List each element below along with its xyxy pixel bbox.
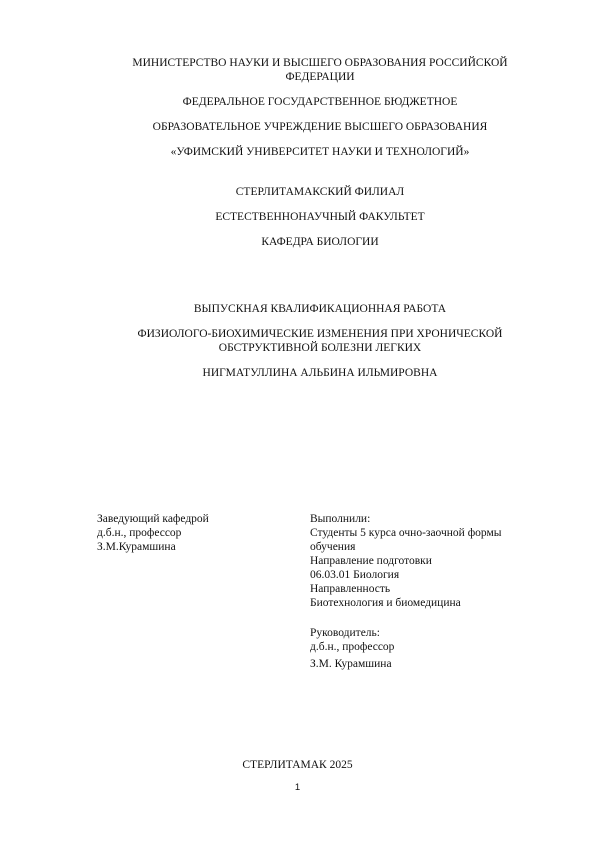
performed-by-label: Выполнили:	[310, 512, 560, 526]
branch-name: СТЕРЛИТАМАКСКИЙ ФИЛИАЛ	[90, 185, 550, 199]
ministry-line-2: ФЕДЕРАЦИИ	[90, 70, 550, 84]
performer-block: Выполнили: Студенты 5 курса очно-заочной…	[310, 512, 560, 671]
document-page: МИНИСТЕРСТВО НАУКИ И ВЫСШЕГО ОБРАЗОВАНИЯ…	[0, 0, 595, 841]
header-organization: МИНИСТЕРСТВО НАУКИ И ВЫСШЕГО ОБРАЗОВАНИЯ…	[90, 56, 550, 159]
supervisor-degree: д.б.н., профессор	[310, 640, 560, 654]
institution-line-1: ФЕДЕРАЛЬНОЕ ГОСУДАРСТВЕННОЕ БЮДЖЕТНОЕ	[90, 95, 550, 109]
direction-value: 06.03.01 Биология	[310, 568, 560, 582]
students-line-1: Студенты 5 курса очно-заочной формы	[310, 526, 560, 540]
department-name: КАФЕДРА БИОЛОГИИ	[90, 235, 550, 249]
work-author: НИГМАТУЛЛИНА АЛЬБИНА ИЛЬМИРОВНА	[90, 366, 550, 380]
head-of-department-degree: д.б.н., профессор	[97, 526, 209, 540]
head-of-department-label: Заведующий кафедрой	[97, 512, 209, 526]
work-info: ВЫПУСКНАЯ КВАЛИФИКАЦИОННАЯ РАБОТА ФИЗИОЛ…	[90, 302, 550, 380]
branch-info: СТЕРЛИТАМАКСКИЙ ФИЛИАЛ ЕСТЕСТВЕННОНАУЧНЫ…	[90, 185, 550, 249]
university-name: «УФИМСКИЙ УНИВЕРСИТЕТ НАУКИ И ТЕХНОЛОГИЙ…	[90, 145, 550, 159]
supervisor-name: З.М. Курамшина	[310, 657, 560, 671]
head-of-department-block: Заведующий кафедрой д.б.н., профессор З.…	[97, 512, 209, 554]
ministry-line-1: МИНИСТЕРСТВО НАУКИ И ВЫСШЕГО ОБРАЗОВАНИЯ…	[90, 56, 550, 70]
institution-line-2: ОБРАЗОВАТЕЛЬНОЕ УЧРЕЖДЕНИЕ ВЫСШЕГО ОБРАЗ…	[90, 120, 550, 134]
faculty-name: ЕСТЕСТВЕННОНАУЧНЫЙ ФАКУЛЬТЕТ	[90, 210, 550, 224]
focus-label: Направленность	[310, 582, 560, 596]
direction-label: Направление подготовки	[310, 554, 560, 568]
students-line-2: обучения	[310, 540, 560, 554]
city-year: СТЕРЛИТАМАК 2025	[0, 758, 595, 772]
supervisor-block: Руководитель: д.б.н., профессор З.М. Кур…	[310, 626, 560, 671]
page-number: 1	[0, 782, 595, 794]
supervisor-label: Руководитель:	[310, 626, 560, 640]
work-title-line-2: ОБСТРУКТИВНОЙ БОЛЕЗНИ ЛЕГКИХ	[90, 341, 550, 355]
focus-value: Биотехнология и биомедицина	[310, 596, 560, 610]
work-type: ВЫПУСКНАЯ КВАЛИФИКАЦИОННАЯ РАБОТА	[90, 302, 550, 316]
head-of-department-name: З.М.Курамшина	[97, 540, 209, 554]
work-title-line-1: ФИЗИОЛОГО-БИОХИМИЧЕСКИЕ ИЗМЕНЕНИЯ ПРИ ХР…	[90, 327, 550, 341]
